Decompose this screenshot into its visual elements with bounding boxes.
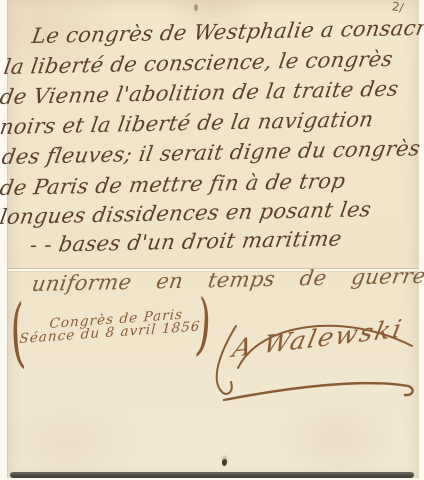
letter-line: de Vienne l'abolition de la traite des (0, 77, 400, 109)
letter-line: - - bases d'un droit maritime (28, 226, 343, 256)
letter-line: longues dissidences en posant les (0, 197, 373, 229)
letter-line: des fleuves; il serait digne du congrès (0, 136, 422, 169)
ink-speck-top (194, 4, 198, 11)
paper-sheet: 2/ Le congrès de Westphalie a consacré l… (8, 0, 418, 478)
ink-speck-bottom (222, 459, 227, 466)
letter-line: Le congrès de Westphalie a consacré (30, 16, 424, 48)
scanned-manuscript: { "document": { "page_number": "2/", "li… (0, 0, 424, 480)
page-number-pencil: 2/ (391, 0, 405, 15)
signature-block: A Walewski (196, 308, 424, 408)
paper-bottom-edge-shadow (10, 472, 414, 478)
letter-line: de Paris de mettre fin à de trop (0, 169, 347, 200)
letter-line: noirs et la liberté de la navigation (0, 107, 375, 139)
letter-line: la liberté de conscience, le congrès (2, 47, 394, 79)
